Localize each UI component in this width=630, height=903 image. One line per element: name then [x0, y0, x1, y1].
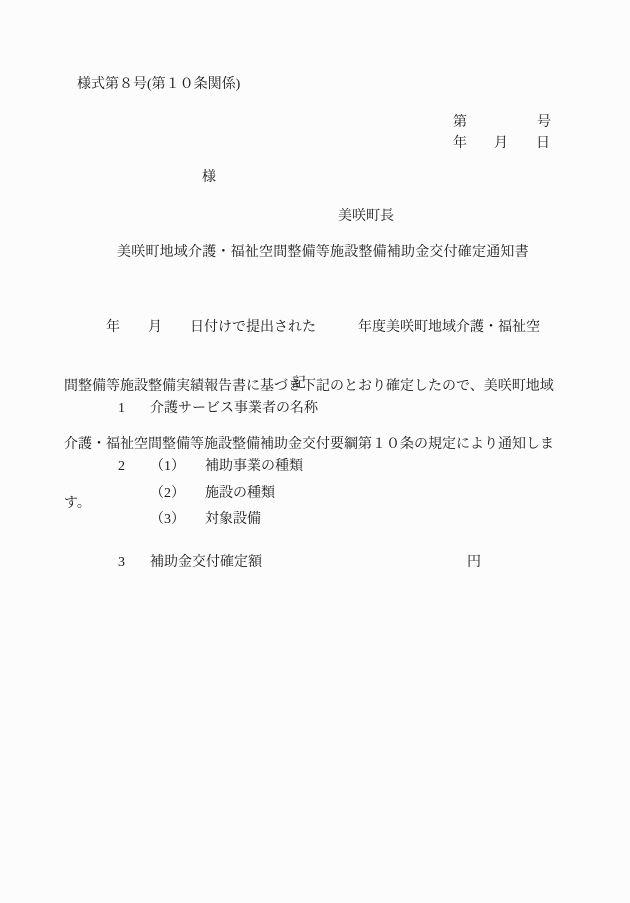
item-2-subitem-2-label: （2）	[150, 487, 185, 501]
form-number: 様式第８号(第１０条関係)	[77, 78, 240, 92]
body-paragraph-line: す。	[64, 494, 566, 514]
item-3-number: 3	[118, 556, 125, 570]
record-heading: 記	[292, 377, 306, 391]
item-2-subitem-1-label: （1）	[150, 460, 185, 474]
item-3-unit: 円	[467, 556, 481, 570]
date-year-label: 年	[453, 137, 467, 151]
item-2-number: 2	[118, 460, 125, 474]
sender-name: 美咲町長	[338, 210, 394, 224]
item-2-subitem-2-text: 施設の種類	[205, 487, 275, 501]
date-month-label: 月	[494, 137, 508, 151]
body-paragraph-line: 介護・福祉空間整備等施設整備補助金交付要綱第１０条の規定により通知しま	[64, 435, 566, 455]
item-1-number: 1	[118, 402, 125, 416]
item-2-subitem-3-text: 対象設備	[205, 513, 261, 527]
document-number-suffix: 号	[537, 116, 551, 130]
item-2-subitem-1-text: 補助事業の種類	[205, 460, 303, 474]
document-title: 美咲町地域介護・福祉空間整備等施設整備補助金交付確定通知書	[117, 246, 529, 260]
document-number-prefix: 第	[453, 116, 467, 130]
item-1-label: 介護サービス事業者の名称	[150, 402, 318, 416]
item-2-subitem-3-label: （3）	[150, 513, 185, 527]
date-day-label: 日	[536, 137, 550, 151]
item-3-label: 補助金交付確定額	[150, 556, 262, 570]
document-page: 様式第８号(第１０条関係) 第 号 年 月 日 様 美咲町長 美咲町地域介護・福…	[0, 0, 630, 903]
addressee-honorific: 様	[202, 171, 216, 185]
body-paragraph-line: 間整備等施設整備実績報告書に基づき下記のとおり確定したので、美咲町地域	[64, 377, 566, 397]
body-paragraph-line: 年 月 日付けで提出された 年度美咲町地域介護・福祉空	[64, 318, 566, 338]
